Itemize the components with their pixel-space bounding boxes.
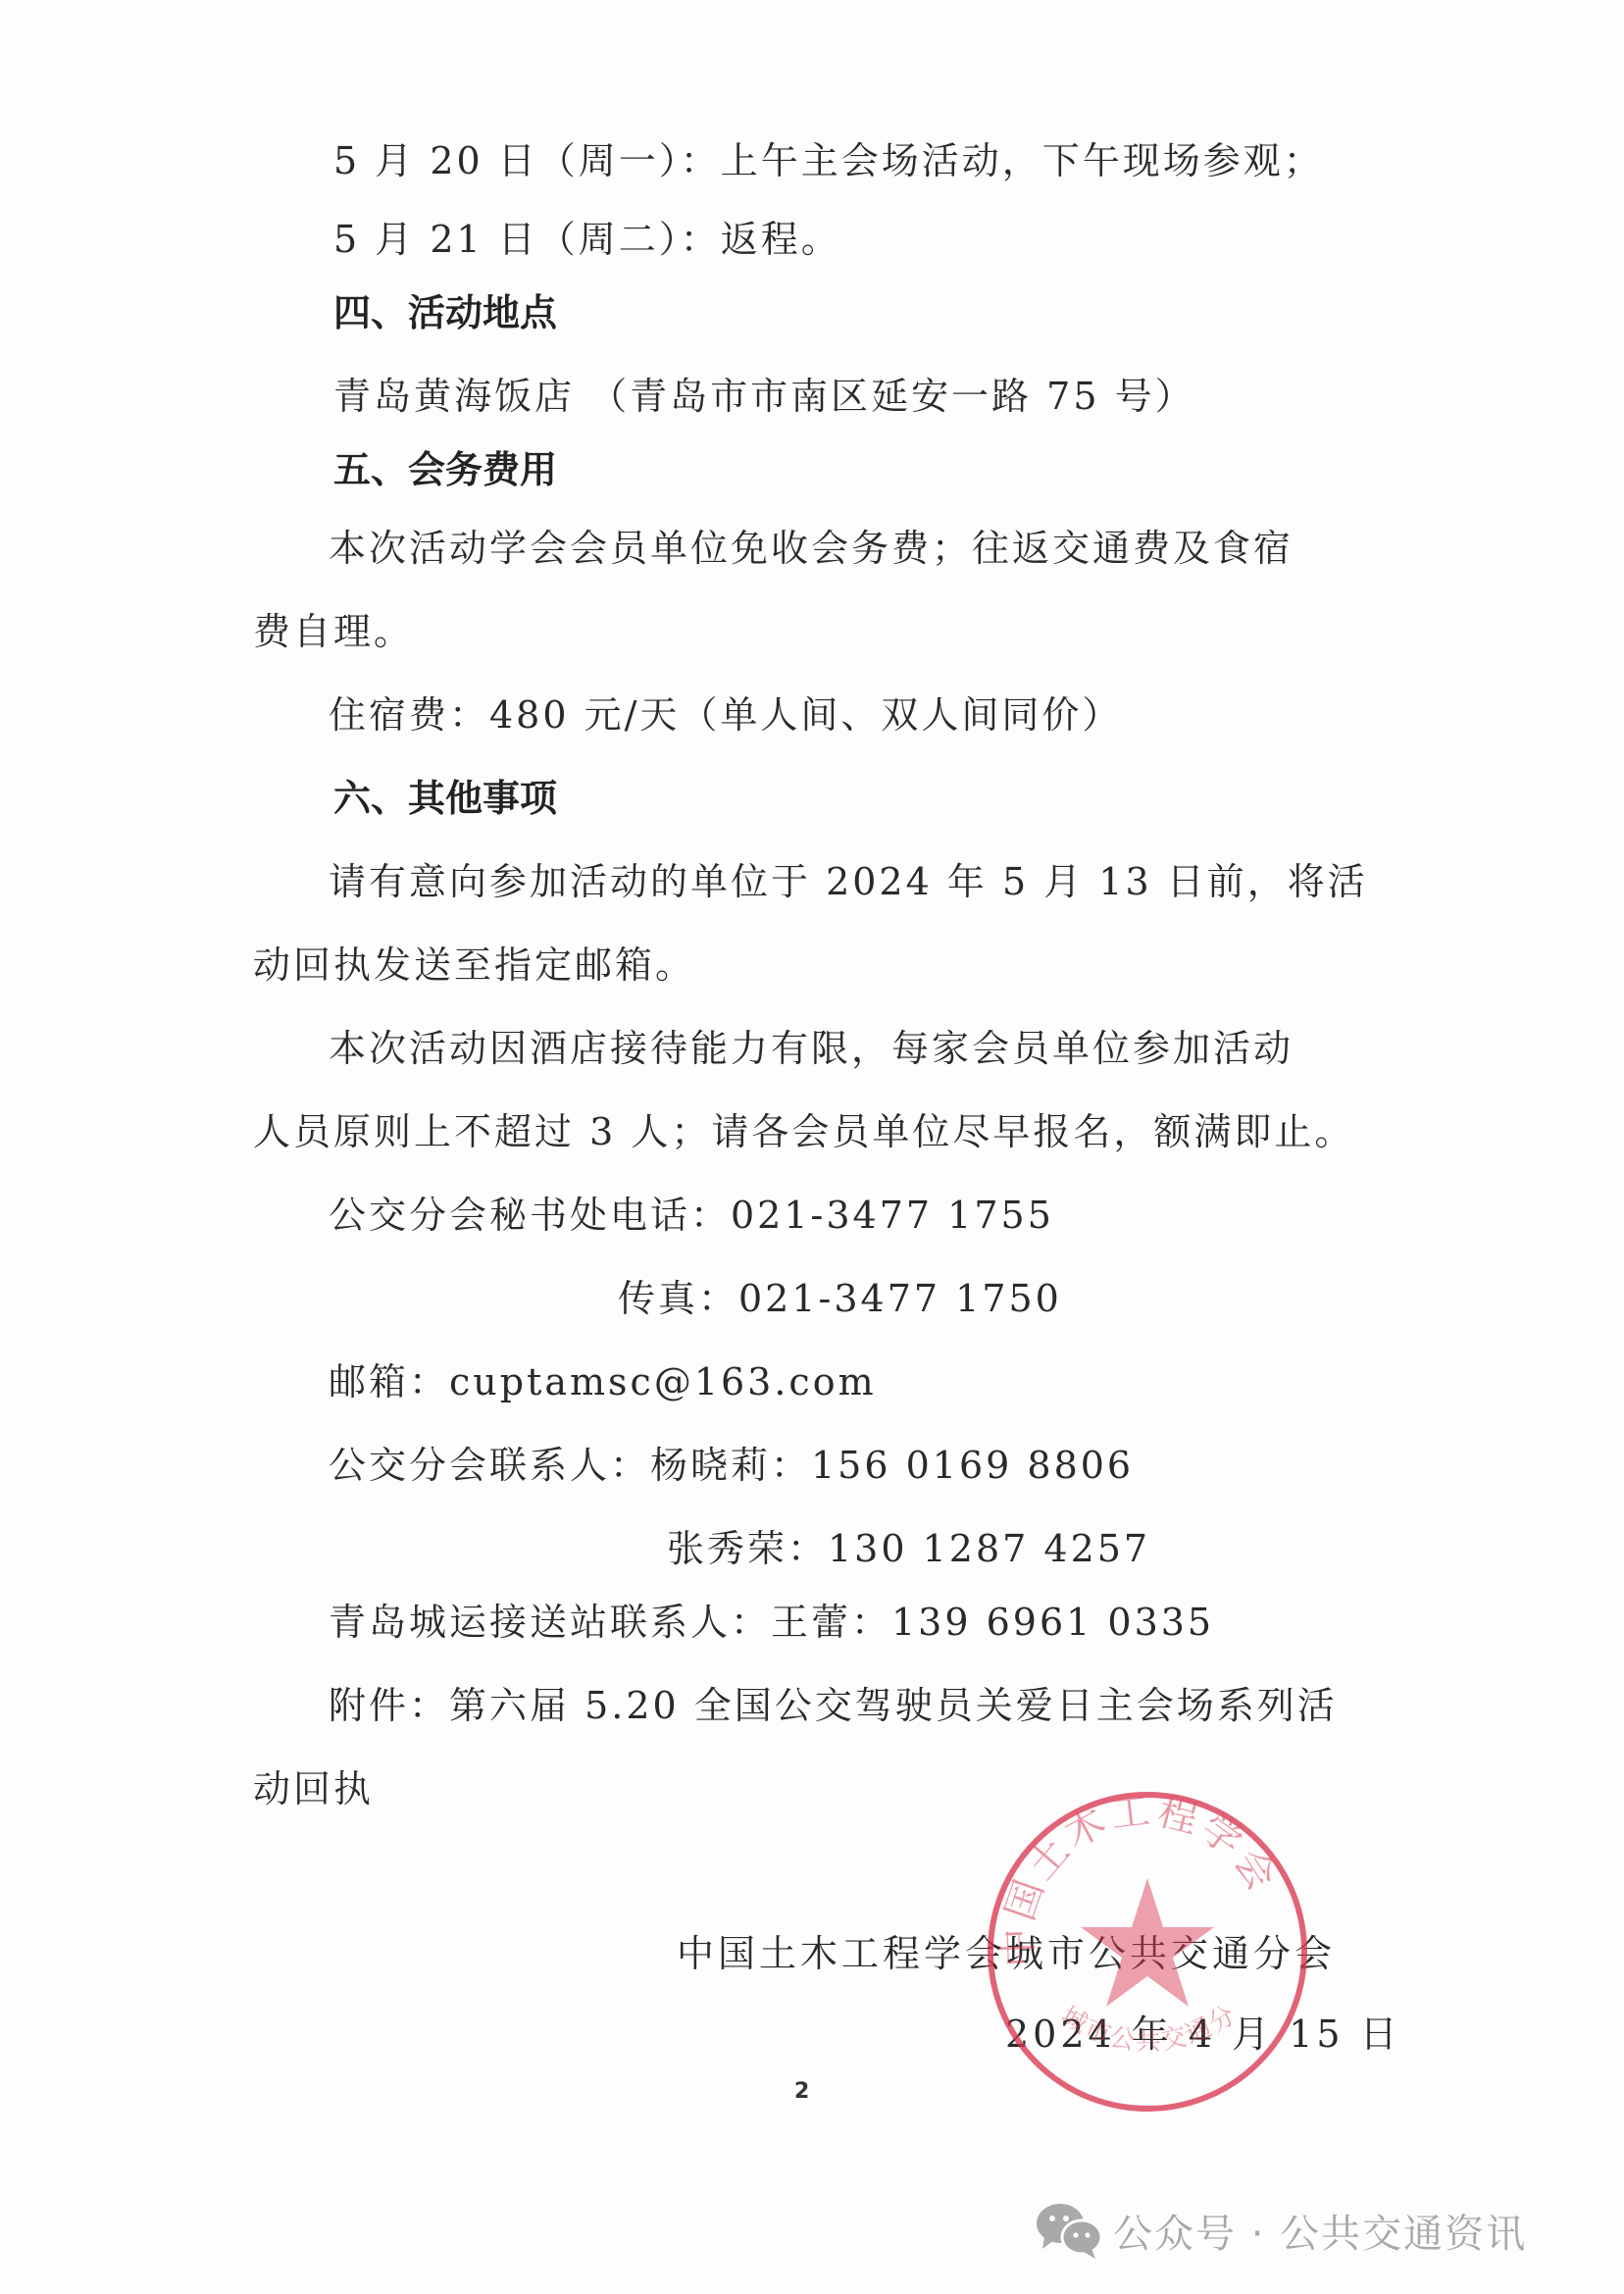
contact-person-2: 张秀荣：130 1287 4257 bbox=[667, 1525, 1150, 1572]
secretariat-phone: 公交分会秘书处电话：021-3477 1755 bbox=[329, 1192, 1054, 1239]
capacity-line2: 人员原则上不超过 3 人；请各会员单位尽早报名，额满即止。 bbox=[253, 1108, 1354, 1155]
capacity-line1: 本次活动因酒店接待能力有限，每家会员单位参加活动 bbox=[329, 1025, 1294, 1072]
watermark-text: 公众号 · 公共交通资讯 bbox=[1113, 2203, 1527, 2259]
secretariat-fax: 传真：021-3477 1750 bbox=[618, 1275, 1062, 1322]
fees-paragraph-line2: 费自理。 bbox=[253, 608, 414, 655]
lodging-fee: 住宿费：480 元/天（单人间、双人间同价） bbox=[329, 691, 1122, 739]
document-page: 5 月 20 日（周一）：上午主会场活动，下午现场参观； 5 月 21 日（周二… bbox=[0, 0, 1624, 2294]
signature-organization: 中国土木工程学会城市公共交通分会 bbox=[677, 1930, 1336, 1977]
contact-email: 邮箱：cuptamsc@163.com bbox=[329, 1358, 877, 1405]
wechat-watermark: 公众号 · 公共交通资讯 bbox=[1035, 2202, 1527, 2259]
section-heading-fees: 五、会务费用 bbox=[333, 446, 557, 493]
contact-person-1: 公交分会联系人：杨晓莉：156 0169 8806 bbox=[329, 1442, 1134, 1489]
fees-paragraph-line1: 本次活动学会会员单位免收会务费；往返交通费及食宿 bbox=[329, 525, 1294, 572]
attachment-line1: 附件：第六届 5.20 全国公交驾驶员关爱日主会场系列活 bbox=[329, 1682, 1338, 1729]
wechat-icon bbox=[1035, 2202, 1103, 2259]
schedule-day2: 5 月 21 日（周二）：返程。 bbox=[333, 216, 841, 263]
section-heading-venue: 四、活动地点 bbox=[333, 289, 557, 336]
deadline-line1: 请有意向参加活动的单位于 2024 年 5 月 13 日前，将活 bbox=[329, 858, 1368, 905]
attachment-line2: 动回执 bbox=[253, 1765, 374, 1812]
signature-date: 2024 年 4 月 15 日 bbox=[1005, 2011, 1401, 2058]
section-heading-other: 六、其他事项 bbox=[333, 775, 557, 822]
contact-person-3: 青岛城运接送站联系人：王蕾：139 6961 0335 bbox=[329, 1599, 1214, 1646]
page-number: 2 bbox=[794, 2079, 809, 2104]
venue-text: 青岛黄海饭店 （青岛市市南区延安一路 75 号） bbox=[333, 373, 1195, 420]
schedule-day1: 5 月 20 日（周一）：上午主会场活动，下午现场参观； bbox=[333, 137, 1324, 184]
deadline-line2: 动回执发送至指定邮箱。 bbox=[253, 942, 695, 989]
